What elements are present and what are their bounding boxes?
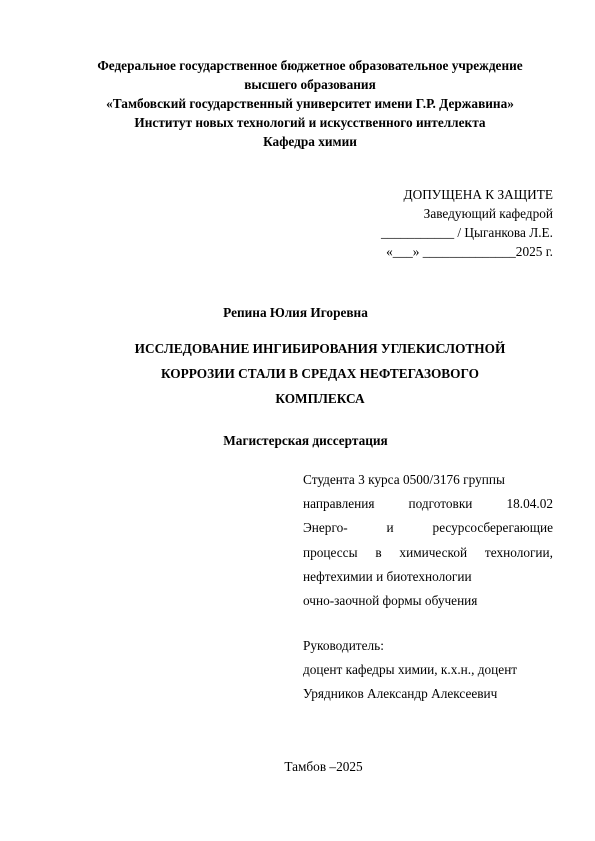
document-page: Федеральное государственное бюджетное об… [0, 0, 595, 841]
institute-name: Институт новых технологий и искусственно… [60, 113, 560, 132]
supervisor-name: Урядников Александр Алексеевич [303, 682, 563, 706]
department-name: Кафедра химии [60, 132, 560, 151]
thesis-title-line: КОРРОЗИИ СТАЛИ В СРЕДАХ НЕФТЕГАЗОВОГО [100, 361, 540, 386]
approval-role: Заведующий кафедрой [381, 204, 553, 223]
thesis-title-line: ИССЛЕДОВАНИЕ ИНГИБИРОВАНИЯ УГЛЕКИСЛОТНОЙ [100, 336, 540, 361]
approval-title: ДОПУЩЕНА К ЗАЩИТЕ [381, 185, 553, 204]
university-name: «Тамбовский государственный университет … [60, 94, 560, 113]
approval-signature-line: ___________ / Цыганкова Л.Е. [381, 223, 553, 242]
supervisor-position: доцент кафедры химии, к.х.н., доцент [303, 658, 563, 682]
student-course-group: Студента 3 курса 0500/3176 группы [303, 468, 553, 492]
author-name: Репина Юлия Игоревна [223, 305, 368, 320]
work-type-block: Магистерская диссертация [0, 431, 595, 450]
student-program-line: процессы в химической технологии, [303, 541, 553, 565]
city-year: Тамбов –2025 [284, 759, 362, 774]
student-study-form: очно-заочной формы обучения [303, 589, 553, 613]
student-info: Студента 3 курса 0500/3176 группы направ… [303, 468, 553, 613]
footer: Тамбов –2025 [0, 757, 595, 776]
supervisor-info: Руководитель: доцент кафедры химии, к.х.… [303, 634, 563, 707]
student-program-line: нефтехимии и биотехнологии [303, 565, 553, 589]
institution-header: Федеральное государственное бюджетное об… [60, 56, 560, 151]
thesis-title-line: КОМПЛЕКСА [100, 386, 540, 411]
approval-date-line: «___» ______________2025 г. [381, 242, 553, 261]
education-level: высшего образования [60, 75, 560, 94]
supervisor-label: Руководитель: [303, 634, 563, 658]
student-direction: направления подготовки 18.04.02 [303, 492, 553, 516]
work-type: Магистерская диссертация [223, 433, 388, 448]
student-program-line: Энерго- и ресурсосберегающие [303, 516, 553, 540]
author-block: Репина Юлия Игоревна [0, 303, 595, 322]
thesis-title: ИССЛЕДОВАНИЕ ИНГИБИРОВАНИЯ УГЛЕКИСЛОТНОЙ… [100, 336, 540, 411]
approval-block: ДОПУЩЕНА К ЗАЩИТЕ Заведующий кафедрой __… [381, 185, 553, 261]
institution-type: Федеральное государственное бюджетное об… [60, 56, 560, 75]
